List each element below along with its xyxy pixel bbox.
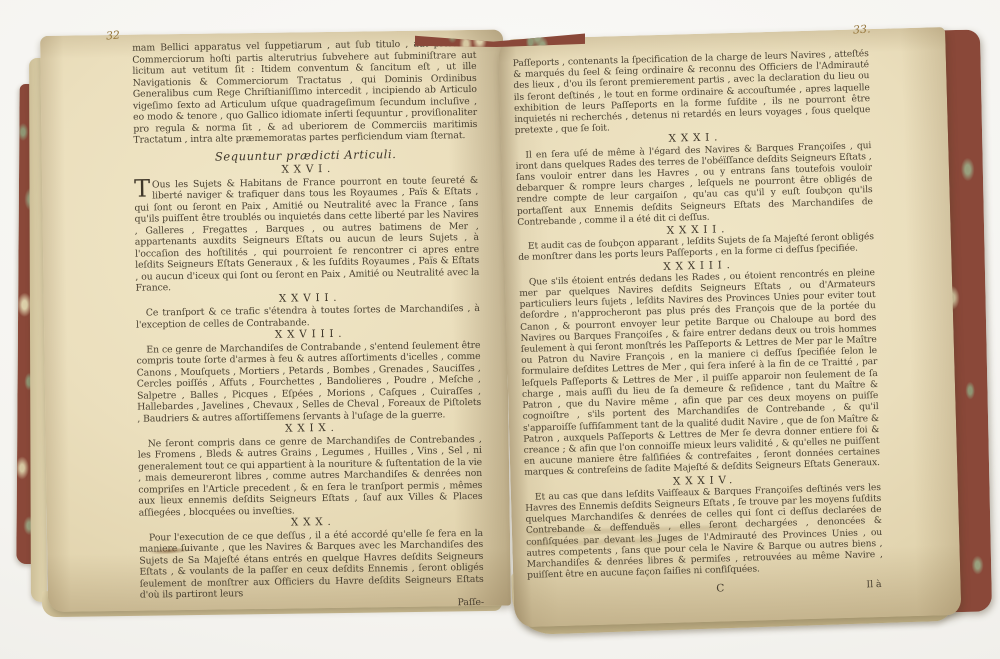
signature-mark: C: [716, 584, 724, 595]
handwritten-folio-32: 32: [105, 28, 120, 42]
signature-line: C Il à: [528, 579, 884, 603]
article-text-29: Ne ſeront compris dans ce genre de March…: [138, 433, 483, 518]
handwritten-folio-33: 33.: [853, 22, 871, 36]
article-text-33: Que s'ils étoient entrés dedans les Rade…: [519, 268, 880, 480]
book-photo: mam Bellici apparatus vel ſuppetiarum , …: [0, 0, 1000, 659]
article-text-30: Pour l'execution de ce que deſſus , il a…: [139, 527, 484, 601]
article-text-28: En ce genre de Marchandiſes de Contraban…: [136, 339, 481, 424]
article-text-26: TOus les Sujets & Habitans de France pou…: [134, 174, 480, 294]
right-page-text-column: Paſſeports , contenants la ſpecification…: [513, 49, 884, 603]
article-text-27: Ce tranſport & ce trafic s'étendra à tou…: [136, 303, 480, 331]
catchword-right: Il à: [866, 579, 881, 591]
left-page: mam Bellici apparatus vel ſuppetiarum , …: [40, 30, 511, 612]
latin-paragraph: mam Bellici apparatus vel ſuppetiarum , …: [132, 38, 477, 146]
left-page-text-column: mam Bellici apparatus vel ſuppetiarum , …: [132, 38, 484, 612]
section-heading-italic: Sequuntur prædicti Articuli.: [134, 147, 478, 163]
dropcap-initial: T: [134, 179, 152, 198]
continuation-paragraph: Paſſeports , contenants la ſpecification…: [513, 49, 871, 137]
right-page: Paſſeports , contenants la ſpecification…: [498, 27, 961, 627]
article-text-31: Il en ſera uſé de même à l'égard des Nav…: [515, 141, 873, 229]
